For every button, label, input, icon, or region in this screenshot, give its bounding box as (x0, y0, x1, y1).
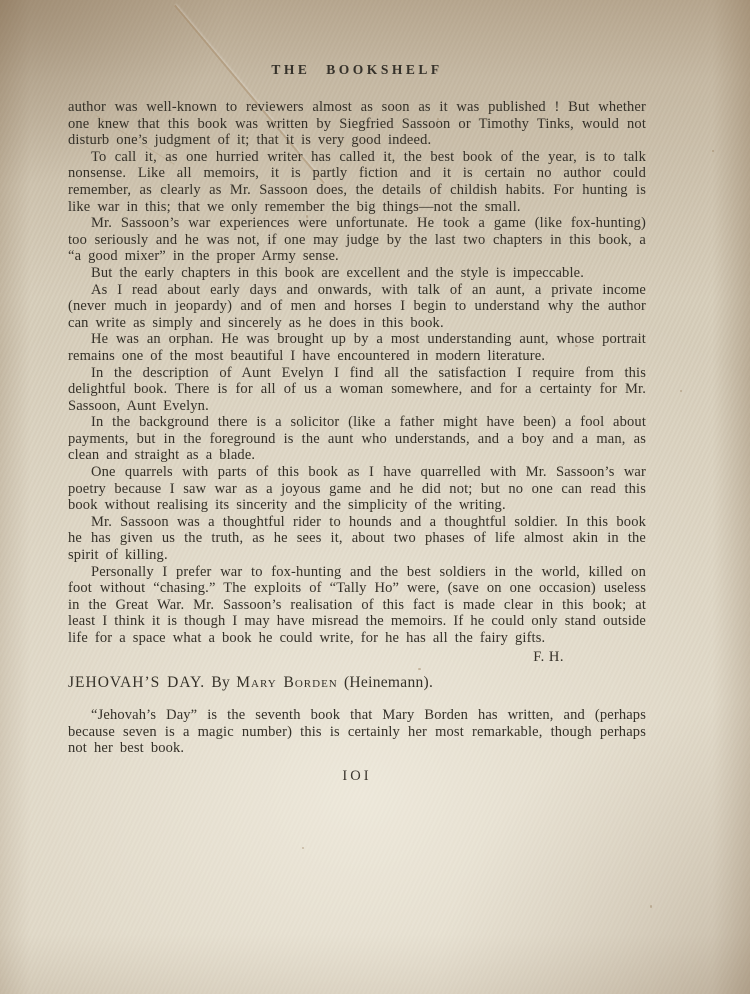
page-number: IOI (68, 768, 646, 785)
paragraph: Mr. Sassoon’s war experiences were unfor… (68, 215, 646, 265)
paragraph: In the background there is a solicitor (… (68, 414, 646, 464)
paragraph: Personally I prefer war to fox-hunting a… (68, 564, 646, 647)
book-title-line: JEHOVAH’S DAY. By Mary Borden (Heinemann… (68, 674, 646, 692)
paragraph: But the early chapters in this book are … (68, 265, 646, 282)
paragraph: Mr. Sassoon was a thoughtful rider to ho… (68, 514, 646, 564)
paragraph: He was an orphan. He was brought up by a… (68, 331, 646, 364)
scanned-page: THE BOOKSHELF author was well-known to r… (0, 0, 750, 994)
paragraph: One quarrels with parts of this book as … (68, 464, 646, 514)
book-title: JEHOVAH’S DAY. (68, 674, 205, 691)
paper-speck (680, 390, 682, 392)
paragraph: author was well-known to reviewers almos… (68, 99, 646, 149)
book-publisher: (Heinemann). (344, 674, 433, 691)
paper-speck (650, 905, 652, 908)
paragraph: As I read about early days and onwards, … (68, 282, 646, 332)
byline-prefix: By (211, 674, 230, 691)
paper-speck (712, 150, 714, 152)
reviewer-initials: F. H. (68, 649, 646, 666)
paragraph: To call it, as one hurried writer has ca… (68, 149, 646, 215)
page-content: THE BOOKSHELF author was well-known to r… (68, 62, 646, 785)
book-author: Mary Borden (236, 674, 338, 691)
running-header: THE BOOKSHELF (68, 62, 646, 78)
paragraph: “Jehovah’s Day” is the seventh book that… (68, 707, 646, 757)
paper-speck (302, 847, 304, 849)
paragraph: In the description of Aunt Evelyn I find… (68, 365, 646, 415)
